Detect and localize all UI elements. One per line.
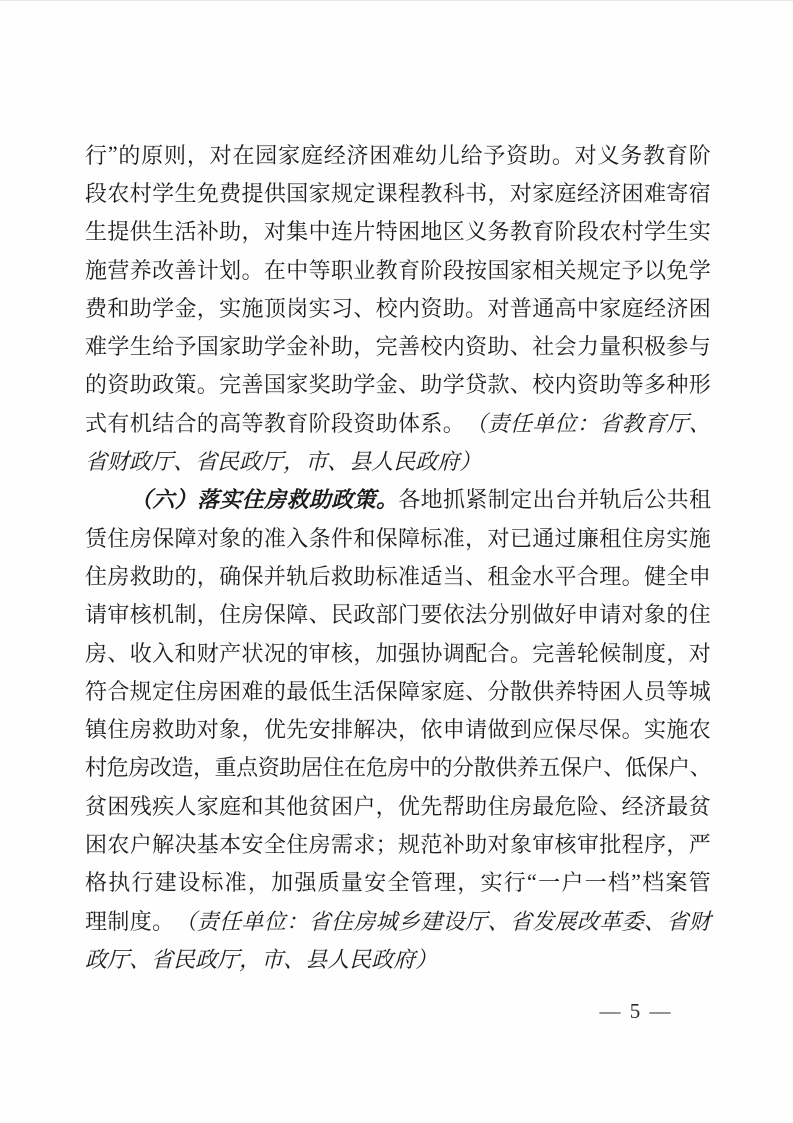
text-line: 生提供生活补助，对集中连片特困地区义务教育阶段农村学生实 xyxy=(85,212,711,250)
text-line: 费和助学金，实施顶岗实习、校内资助。对普通高中家庭经济困 xyxy=(85,288,711,326)
text-line: 式有机结合的高等教育阶段资助体系。（责任单位：省教育厅、 xyxy=(85,403,711,441)
text-line: 的资助政策。完善国家奖助学金、助学贷款、校内资助等多种形 xyxy=(85,365,711,403)
text-line: 符合规定住房困难的最低生活保障家庭、分散供养特困人员等城 xyxy=(85,671,711,709)
text-line: 段农村学生免费提供国家规定课程教科书，对家庭经济困难寄宿 xyxy=(85,173,711,211)
text-line: 住房救助的，确保并轨后救助标准适当、租金水平合理。健全申 xyxy=(85,556,711,594)
text-line: 省财政厅、省民政厅，市、县人民政府） xyxy=(85,441,711,479)
text-line: 理制度。（责任单位：省住房城乡建设厅、省发展改革委、省财 xyxy=(85,901,711,939)
text-line: 政厅、省民政厅，市、县人民政府） xyxy=(85,939,711,977)
page-number: — 5 — xyxy=(596,999,676,1024)
text-line: 镇住房救助对象，优先安排解决，依申请做到应保尽保。实施农 xyxy=(85,709,711,747)
text-line: 房、收入和财产状况的审核，加强协调配合。完善轮候制度，对 xyxy=(85,633,711,671)
text-line: 赁住房保障对象的准入条件和保障标准，对已通过廉租住房实施 xyxy=(85,518,711,556)
text-line: （六）落实住房救助政策。各地抓紧制定出台并轨后公共租 xyxy=(85,480,711,518)
document-body: 行”的原则，对在园家庭经济困难幼儿给予资助。对义务教育阶段农村学生免费提供国家规… xyxy=(85,135,711,978)
text-line: 村危房改造，重点资助居住在危房中的分散供养五保户、低保户、 xyxy=(85,748,711,786)
text-line: 施营养改善计划。在中等职业教育阶段按国家相关规定予以免学 xyxy=(85,250,711,288)
document-page: 行”的原则，对在园家庭经济困难幼儿给予资助。对义务教育阶段农村学生免费提供国家规… xyxy=(0,0,793,1123)
text-line: 格执行建设标准，加强质量安全管理，实行“一户一档”档案管 xyxy=(85,863,711,901)
text-line: 请审核机制，住房保障、民政部门要依法分别做好申请对象的住 xyxy=(85,595,711,633)
text-line: 行”的原则，对在园家庭经济困难幼儿给予资助。对义务教育阶 xyxy=(85,135,711,173)
text-line: 难学生给予国家助学金补助，完善校内资助、社会力量积极参与 xyxy=(85,326,711,364)
text-line: 贫困残疾人家庭和其他贫困户，优先帮助住房最危险、经济最贫 xyxy=(85,786,711,824)
text-line: 困农户解决基本安全住房需求；规范补助对象审核审批程序，严 xyxy=(85,824,711,862)
